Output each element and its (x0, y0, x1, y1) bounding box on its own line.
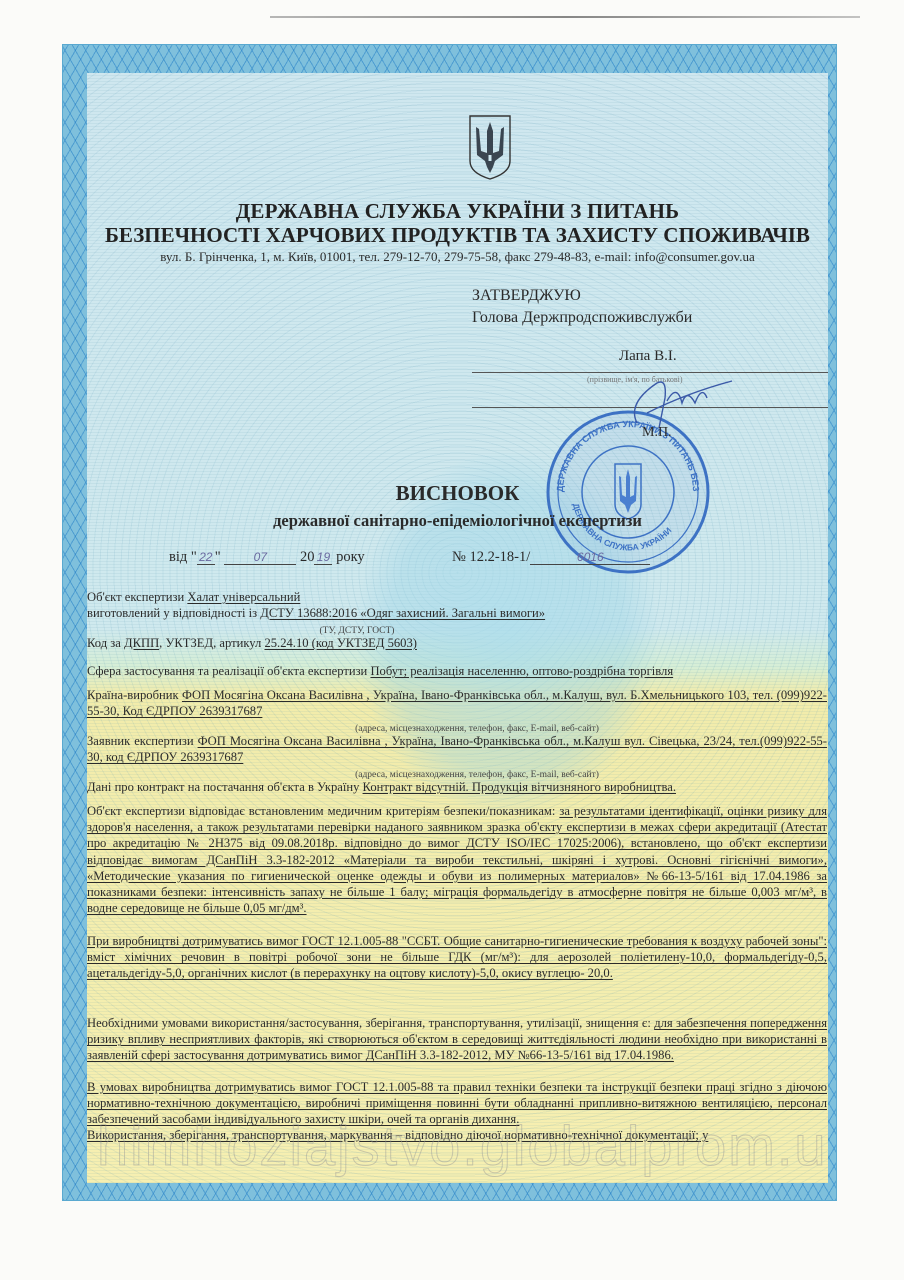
certificate-page: ДЕРЖАВНА СЛУЖБА УКРАЇНИ З ПИТАНЬ БЕЗПЕЧН… (87, 73, 828, 1183)
paragraph-usage-conditions: Необхідними умовами використання/застосу… (87, 1015, 827, 1064)
certificate-guilloche-border: ДЕРЖАВНА СЛУЖБА УКРАЇНИ З ПИТАНЬ БЕЗПЕЧН… (62, 44, 837, 1201)
approval-block: ЗАТВЕРДЖУЮ Голова Держпродспоживслужби (472, 285, 692, 329)
trident-icon (467, 113, 513, 181)
field-manufacturer: Країна-виробник ФОП Мосягіна Оксана Васи… (87, 687, 827, 719)
field-object: Об'єкт експертизи Халат універсальний (87, 589, 827, 605)
document-date: від "22" 07 2019 року (169, 549, 365, 566)
document-number-value: 6016 (530, 550, 650, 565)
agency-name-line2: БЕЗПЕЧНОСТІ ХАРЧОВИХ ПРОДУКТІВ ТА ЗАХИСТ… (87, 223, 828, 248)
signature-scribble (607, 373, 737, 433)
document-number: № 12.2-18-1/6016 (452, 549, 650, 566)
watermark-text: himhoziajstvo.globalprom.ua (97, 1113, 828, 1178)
field-code: Код за ДКПП, УКТЗЕД, артикул 25.24.10 (к… (87, 635, 827, 651)
field-standard: виготовлений у відповідності із ДСТУ 136… (87, 605, 827, 621)
field-scope: Сфера застосування та реалізації об'єкта… (87, 663, 827, 679)
paragraph-production-requirements: При виробництві дотримуватись вимог ГОСТ… (87, 933, 827, 982)
document-subtitle: державної санітарно-епідеміологічної екс… (87, 511, 828, 531)
field-applicant: Заявник експертизи ФОП Мосягіна Оксана В… (87, 733, 827, 765)
paragraph-compliance: Об'єкт експертизи відповідає встановлени… (87, 803, 827, 916)
scan-edge-line (270, 16, 860, 18)
approve-label: ЗАТВЕРДЖУЮ (472, 285, 692, 307)
date-month: 07 (224, 550, 296, 565)
agency-name-line1: ДЕРЖАВНА СЛУЖБА УКРАЇНИ З ПИТАНЬ (87, 199, 828, 224)
field-contract: Дані про контракт на постачання об'єкта … (87, 779, 827, 795)
date-year: 19 (314, 550, 332, 565)
date-day: 22 (197, 550, 215, 565)
seal-place-label: М.П. (642, 425, 672, 441)
agency-address: вул. Б. Грінченка, 1, м. Київ, 01001, те… (87, 249, 828, 265)
signer-name: Лапа В.І. (619, 348, 677, 365)
document-title: ВИСНОВОК (87, 481, 828, 506)
approver-position: Голова Держпродспоживслужби (472, 307, 692, 329)
